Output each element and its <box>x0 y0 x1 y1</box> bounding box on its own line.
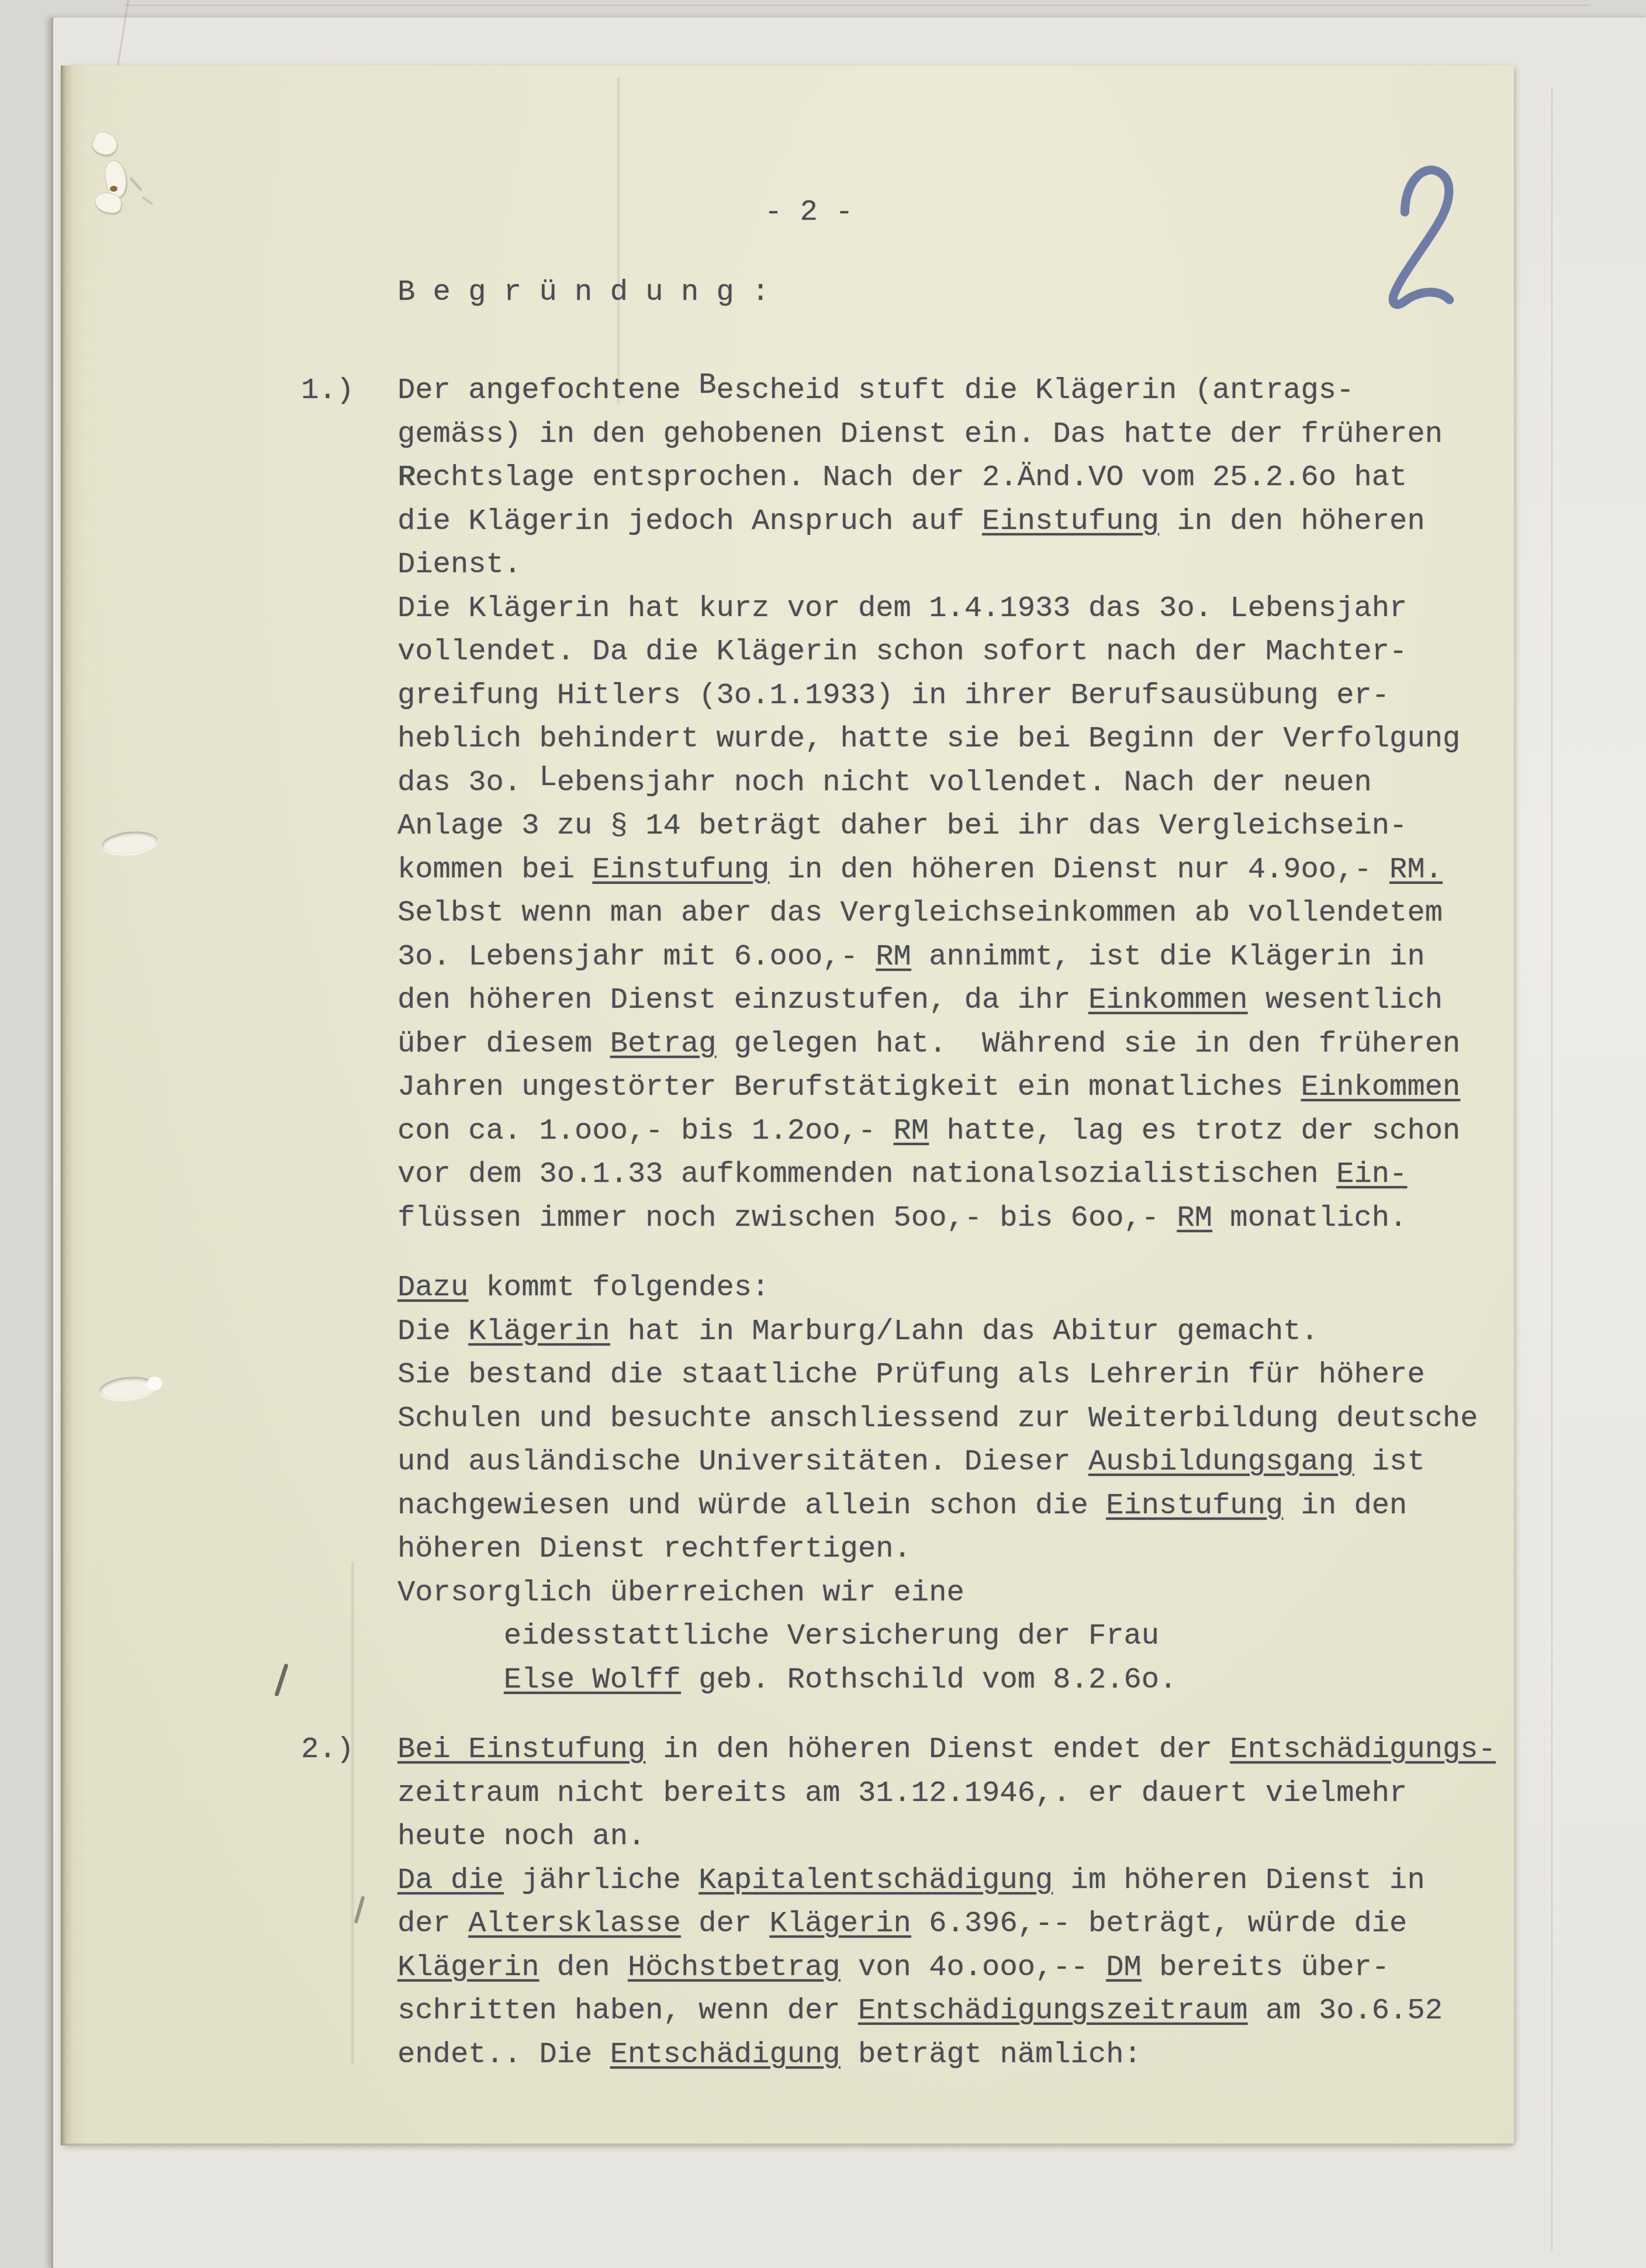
typed-line: Dazu kommt folgendes: <box>397 1267 1478 1311</box>
paper-crease <box>350 1562 355 2065</box>
typed-line: gemäss) in den gehobenen Dienst ein. Das… <box>397 413 1460 457</box>
typed-line: der Altersklasse der Klägerin 6.396,-- b… <box>397 1903 1496 1947</box>
typed-line: Schulen und besuchte anschliessend zur W… <box>397 1398 1478 1441</box>
pencil-slash-1 <box>274 1663 289 1696</box>
typed-line: 3o. Lebensjahr mit 6.ooo,- RM annimmt, i… <box>397 936 1460 980</box>
typed-line: vollendet. Da die Klägerin schon sofort … <box>397 631 1460 675</box>
typed-line: Die Klägerin hat kurz vor dem 1.4.1933 d… <box>397 587 1460 631</box>
typed-line: schritten haben, wenn der Entschädigungs… <box>397 1990 1496 2034</box>
typed-line: nachgewiesen und würde allein schon die … <box>397 1485 1478 1529</box>
typed-block-2: Dazu kommt folgendes:Die Klägerin hat in… <box>397 1267 1478 1702</box>
typed-line: und ausländische Universitäten. Dieser A… <box>397 1441 1478 1485</box>
typed-line: heblich behindert wurde, hatte sie bei B… <box>397 718 1460 762</box>
typed-line: Der angefochtene Bescheid stuft die Kläg… <box>397 369 1460 413</box>
section-heading: B e g r ü n d u n g : <box>397 271 769 315</box>
typed-line: Jahren ungestörter Berufstätigkeit ein m… <box>397 1066 1460 1110</box>
typed-line: heute noch an. <box>397 1816 1496 1859</box>
sheet-top-edge <box>123 5 1590 6</box>
paragraph-marker-2: 2.) <box>301 1728 354 1772</box>
paragraph-marker-1: 1.) <box>301 369 354 413</box>
typed-line: flüssen immer noch zwischen 5oo,- bis 6o… <box>397 1197 1460 1241</box>
typed-line: Else Wolff geb. Rothschild vom 8.2.6o. <box>397 1659 1478 1703</box>
punch-hole-bottom <box>98 1374 156 1402</box>
typed-line: höheren Dienst rechtfertigen. <box>397 1528 1478 1572</box>
typed-line: Bei Einstufung in den höheren Dienst end… <box>397 1728 1496 1772</box>
typed-line: Anlage 3 zu § 14 beträgt daher bei ihr d… <box>397 805 1460 849</box>
typed-line: zeitraum nicht bereits am 31.12.1946,. e… <box>397 1772 1496 1816</box>
page-number-header: - 2 - <box>765 191 853 235</box>
typed-line: Selbst wenn man aber das Vergleichseinko… <box>397 892 1460 936</box>
typed-line: vor dem 3o.1.33 aufkommenden nationalsoz… <box>397 1153 1460 1197</box>
handwritten-page-number <box>1374 149 1470 342</box>
typed-line: con ca. 1.ooo,- bis 1.2oo,- RM hatte, la… <box>397 1110 1460 1154</box>
typed-line: eidesstattliche Versicherung der Frau <box>397 1615 1478 1659</box>
tear-speck <box>110 186 117 192</box>
typed-line: über diesem Betrag gelegen hat. Während … <box>397 1023 1460 1067</box>
typed-line: Sie bestand die staatliche Prüfung als L… <box>397 1354 1478 1398</box>
typed-page: - 2 - B e g r ü n d u n g : 1.) Der ange… <box>61 65 1514 2145</box>
punch-hole-top <box>101 829 158 857</box>
typed-line: endet.. Die Entschädigung beträgt nämlic… <box>397 2034 1496 2077</box>
paper-crease <box>616 77 621 404</box>
typed-line: Rechtslage entsprochen. Nach der 2.Änd.V… <box>397 457 1460 500</box>
sheet-right-edge-line <box>1551 88 1552 2250</box>
typed-block-1: Der angefochtene Bescheid stuft die Kläg… <box>397 369 1460 1240</box>
typed-line: den höheren Dienst einzustufen, da ihr E… <box>397 979 1460 1023</box>
typed-line: Vorsorglich überreichen wir eine <box>397 1572 1478 1616</box>
pencil-scratch <box>129 177 143 192</box>
typed-line: greifung Hitlers (3o.1.1933) in ihrer Be… <box>397 675 1460 718</box>
typed-line: Dienst. <box>397 544 1460 587</box>
pencil-scratch <box>141 196 153 205</box>
document-scan: - 2 - B e g r ü n d u n g : 1.) Der ange… <box>0 0 1646 2268</box>
typed-line: kommen bei Einstufung in den höheren Die… <box>397 849 1460 893</box>
pencil-slash-2 <box>354 1896 365 1924</box>
typed-line: Klägerin den Höchstbetrag von 4o.ooo,-- … <box>397 1947 1496 1990</box>
typed-block-3: Bei Einstufung in den höheren Dienst end… <box>397 1728 1496 2077</box>
tear-fragment <box>90 129 120 158</box>
typed-line: Die Klägerin hat in Marburg/Lahn das Abi… <box>397 1311 1478 1354</box>
typed-line: das 3o. Lebensjahr noch nicht vollendet.… <box>397 762 1460 805</box>
typed-line: Da die jährliche Kapitalentschädigung im… <box>397 1859 1496 1903</box>
typed-line: die Klägerin jedoch Anspruch auf Einstuf… <box>397 500 1460 544</box>
